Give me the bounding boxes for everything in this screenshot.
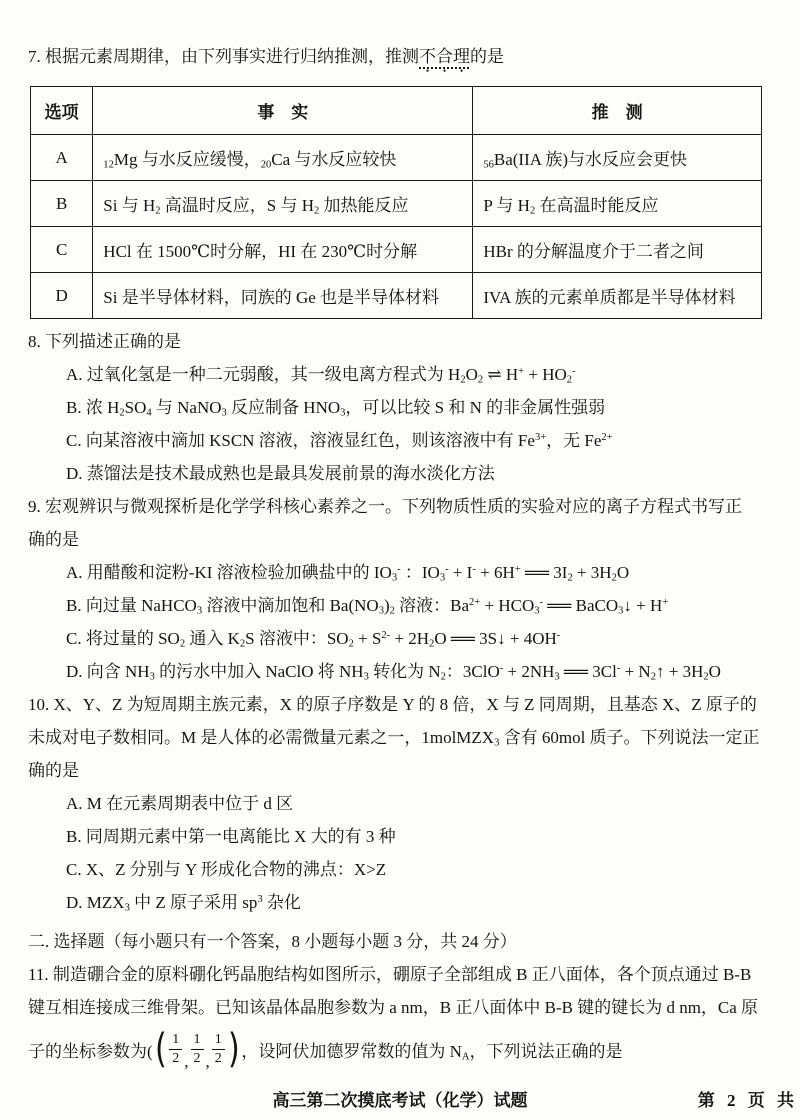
q7-row-b-option: B [31,181,93,227]
q9-option-d: D. 向含 NH3 的污水中加入 NaClO 将 NH3 转化为 N2：3ClO… [28,655,770,688]
fraction-numerator: 1 [172,1031,179,1049]
q8-option-d: D. 蒸馏法是技术最成熟也是最具发展前景的海水淡化方法 [28,457,770,490]
q7-row-b-inference: P 与 H2 在高温时能反应 [473,181,762,227]
q10-option-a: A. M 在元素周期表中位于 d 区 [28,787,770,820]
q11-stem-line3: 子的坐标参数为( ( 12 , 12 , 12 ) ，设阿伏加德罗常数的值为 N… [28,1024,770,1074]
fraction-comma: , [205,1052,211,1074]
q7-table-row-c: C HCl 在 1500℃时分解，HI 在 230℃时分解 HBr 的分解温度介… [31,227,762,273]
q7-stem-prefix: 7. 根据元素周期律，由下列事实进行归纳推测，推测 [28,47,419,66]
q7-row-b-fact: Si 与 H2 高温时反应，S 与 H2 加热能反应 [93,181,473,227]
q7-table-row-b: B Si 与 H2 高温时反应，S 与 H2 加热能反应 P 与 H2 在高温时… [31,181,762,227]
q9-stem-line1: 9. 宏观辨识与微观探析是化学学科核心素养之一。下列物质性质的实验对应的离子方程… [28,490,770,523]
q10-stem-line1: 10. X、Y、Z 为短周期主族元素，X 的原子序数是 Y 的 8 倍，X 与 … [28,688,770,721]
q9-option-c: C. 将过量的 SO2 通入 K2S 溶液中：SO2 + S2- + 2H2O … [28,622,770,655]
q7-table-row-a: A 12Mg 与水反应缓慢，20Ca 与水反应较快 56Ba(IIA 族)与水反… [31,135,762,181]
q7-row-d-option: D [31,273,93,319]
q8-option-c: C. 向某溶液中滴加 KSCN 溶液，溶液显红色，则该溶液中有 Fe3+，无 F… [28,424,770,457]
q9-option-a: A. 用醋酸和淀粉-KI 溶液检验加碘盐中的 IO3- ：IO3- + I- +… [28,556,770,589]
big-paren-close: ) [228,1029,240,1069]
q11-stem-line1: 11. 制造硼合金的原料硼化钙晶胞结构如图所示，硼原子全部组成 B 正八面体，各… [28,958,770,991]
q7-header-option: 选项 [31,87,93,135]
q7-row-d-inference: IVA 族的元素单质都是半导体材料 [473,273,762,319]
q8-option-b: B. 浓 H2SO4 与 NaNO3 反应制备 HNO3，可以比较 S 和 N … [28,391,770,424]
q7-row-c-option: C [31,227,93,273]
q7-row-a-inference: 56Ba(IIA 族)与水反应会更快 [473,135,762,181]
section-2-header: 二. 选择题（每小题只有一个答案，8 小题每小题 3 分，共 24 分） [28,925,770,958]
q7-stem-emphasis: 不合理 [419,47,470,66]
footer-exam-title: 高三第二次摸底考试（化学）试题 [0,1088,800,1114]
coordinate-fraction-x: 12 [169,1031,182,1067]
q10-option-d: D. MZX3 中 Z 原子采用 sp3 杂化 [28,886,770,919]
q7-row-d-fact: Si 是半导体材料，同族的 Ge 也是半导体材料 [93,273,473,319]
q8-stem: 8. 下列描述正确的是 [28,325,770,358]
q10-stem-line2: 未成对电子数相同。M 是人体的必需微量元素之一，1molMZX3 含有 60mo… [28,721,770,754]
q10-option-c: C. X、Z 分别与 Y 形成化合物的沸点：X>Z [28,853,770,886]
fraction-comma: , [183,1052,189,1074]
page-content: 7. 根据元素周期律，由下列事实进行归纳推测，推测不合理的是 选项 事 实 推 … [0,0,800,1074]
coordinate-fraction-y: 12 [191,1031,204,1067]
q8-option-a: A. 过氧化氢是一种二元弱酸，其一级电离方程式为 H2O2 ⇌ H+ + HO2… [28,358,770,391]
q10-stem-line3: 确的是 [28,754,770,787]
q9-option-b: B. 向过量 NaHCO3 溶液中滴加饱和 Ba(NO3)2 溶液：Ba2+ +… [28,589,770,622]
q7-stem-suffix: 的是 [470,47,504,66]
q11-line3-prefix: 子的坐标参数为( [28,1037,153,1062]
page-footer: 高三第二次摸底考试（化学）试题 第 2 页 共 [0,1088,800,1114]
q7-row-a-option: A [31,135,93,181]
q7-table: 选项 事 实 推 测 A 12Mg 与水反应缓慢，20Ca 与水反应较快 56B… [30,86,762,319]
exam-page: 7. 根据元素周期律，由下列事实进行归纳推测，推测不合理的是 选项 事 实 推 … [0,0,800,1120]
big-paren-open: ( [155,1029,167,1069]
footer-page-number: 第 2 页 共 [698,1088,798,1114]
q7-row-c-inference: HBr 的分解温度介于二者之间 [473,227,762,273]
q7-header-fact: 事 实 [93,87,473,135]
fraction-numerator: 1 [194,1031,201,1049]
q7-row-a-fact: 12Mg 与水反应缓慢，20Ca 与水反应较快 [93,135,473,181]
coordinate-fraction-z: 12 [212,1031,225,1067]
fraction-denominator: 2 [169,1049,182,1068]
q7-table-row-d: D Si 是半导体材料，同族的 Ge 也是半导体材料 IVA 族的元素单质都是半… [31,273,762,319]
q7-header-inference: 推 测 [473,87,762,135]
q11-line3-suffix: ，设阿伏加德罗常数的值为 NA，下列说法正确的是 [241,1037,622,1062]
q7-stem: 7. 根据元素周期律，由下列事实进行归纳推测，推测不合理的是 [28,40,770,76]
fraction-numerator: 1 [215,1031,222,1049]
q9-stem-line2: 确的是 [28,523,770,556]
fraction-denominator: 2 [191,1049,204,1068]
q7-row-c-fact: HCl 在 1500℃时分解，HI 在 230℃时分解 [93,227,473,273]
q11-stem-line2: 键互相连接成三维骨架。已知该晶体晶胞参数为 a nm，B 正八面体中 B-B 键… [28,991,770,1024]
q10-option-b: B. 同周期元素中第一电离能比 X 大的有 3 种 [28,820,770,853]
fraction-denominator: 2 [212,1049,225,1068]
q7-table-header-row: 选项 事 实 推 测 [31,87,762,135]
